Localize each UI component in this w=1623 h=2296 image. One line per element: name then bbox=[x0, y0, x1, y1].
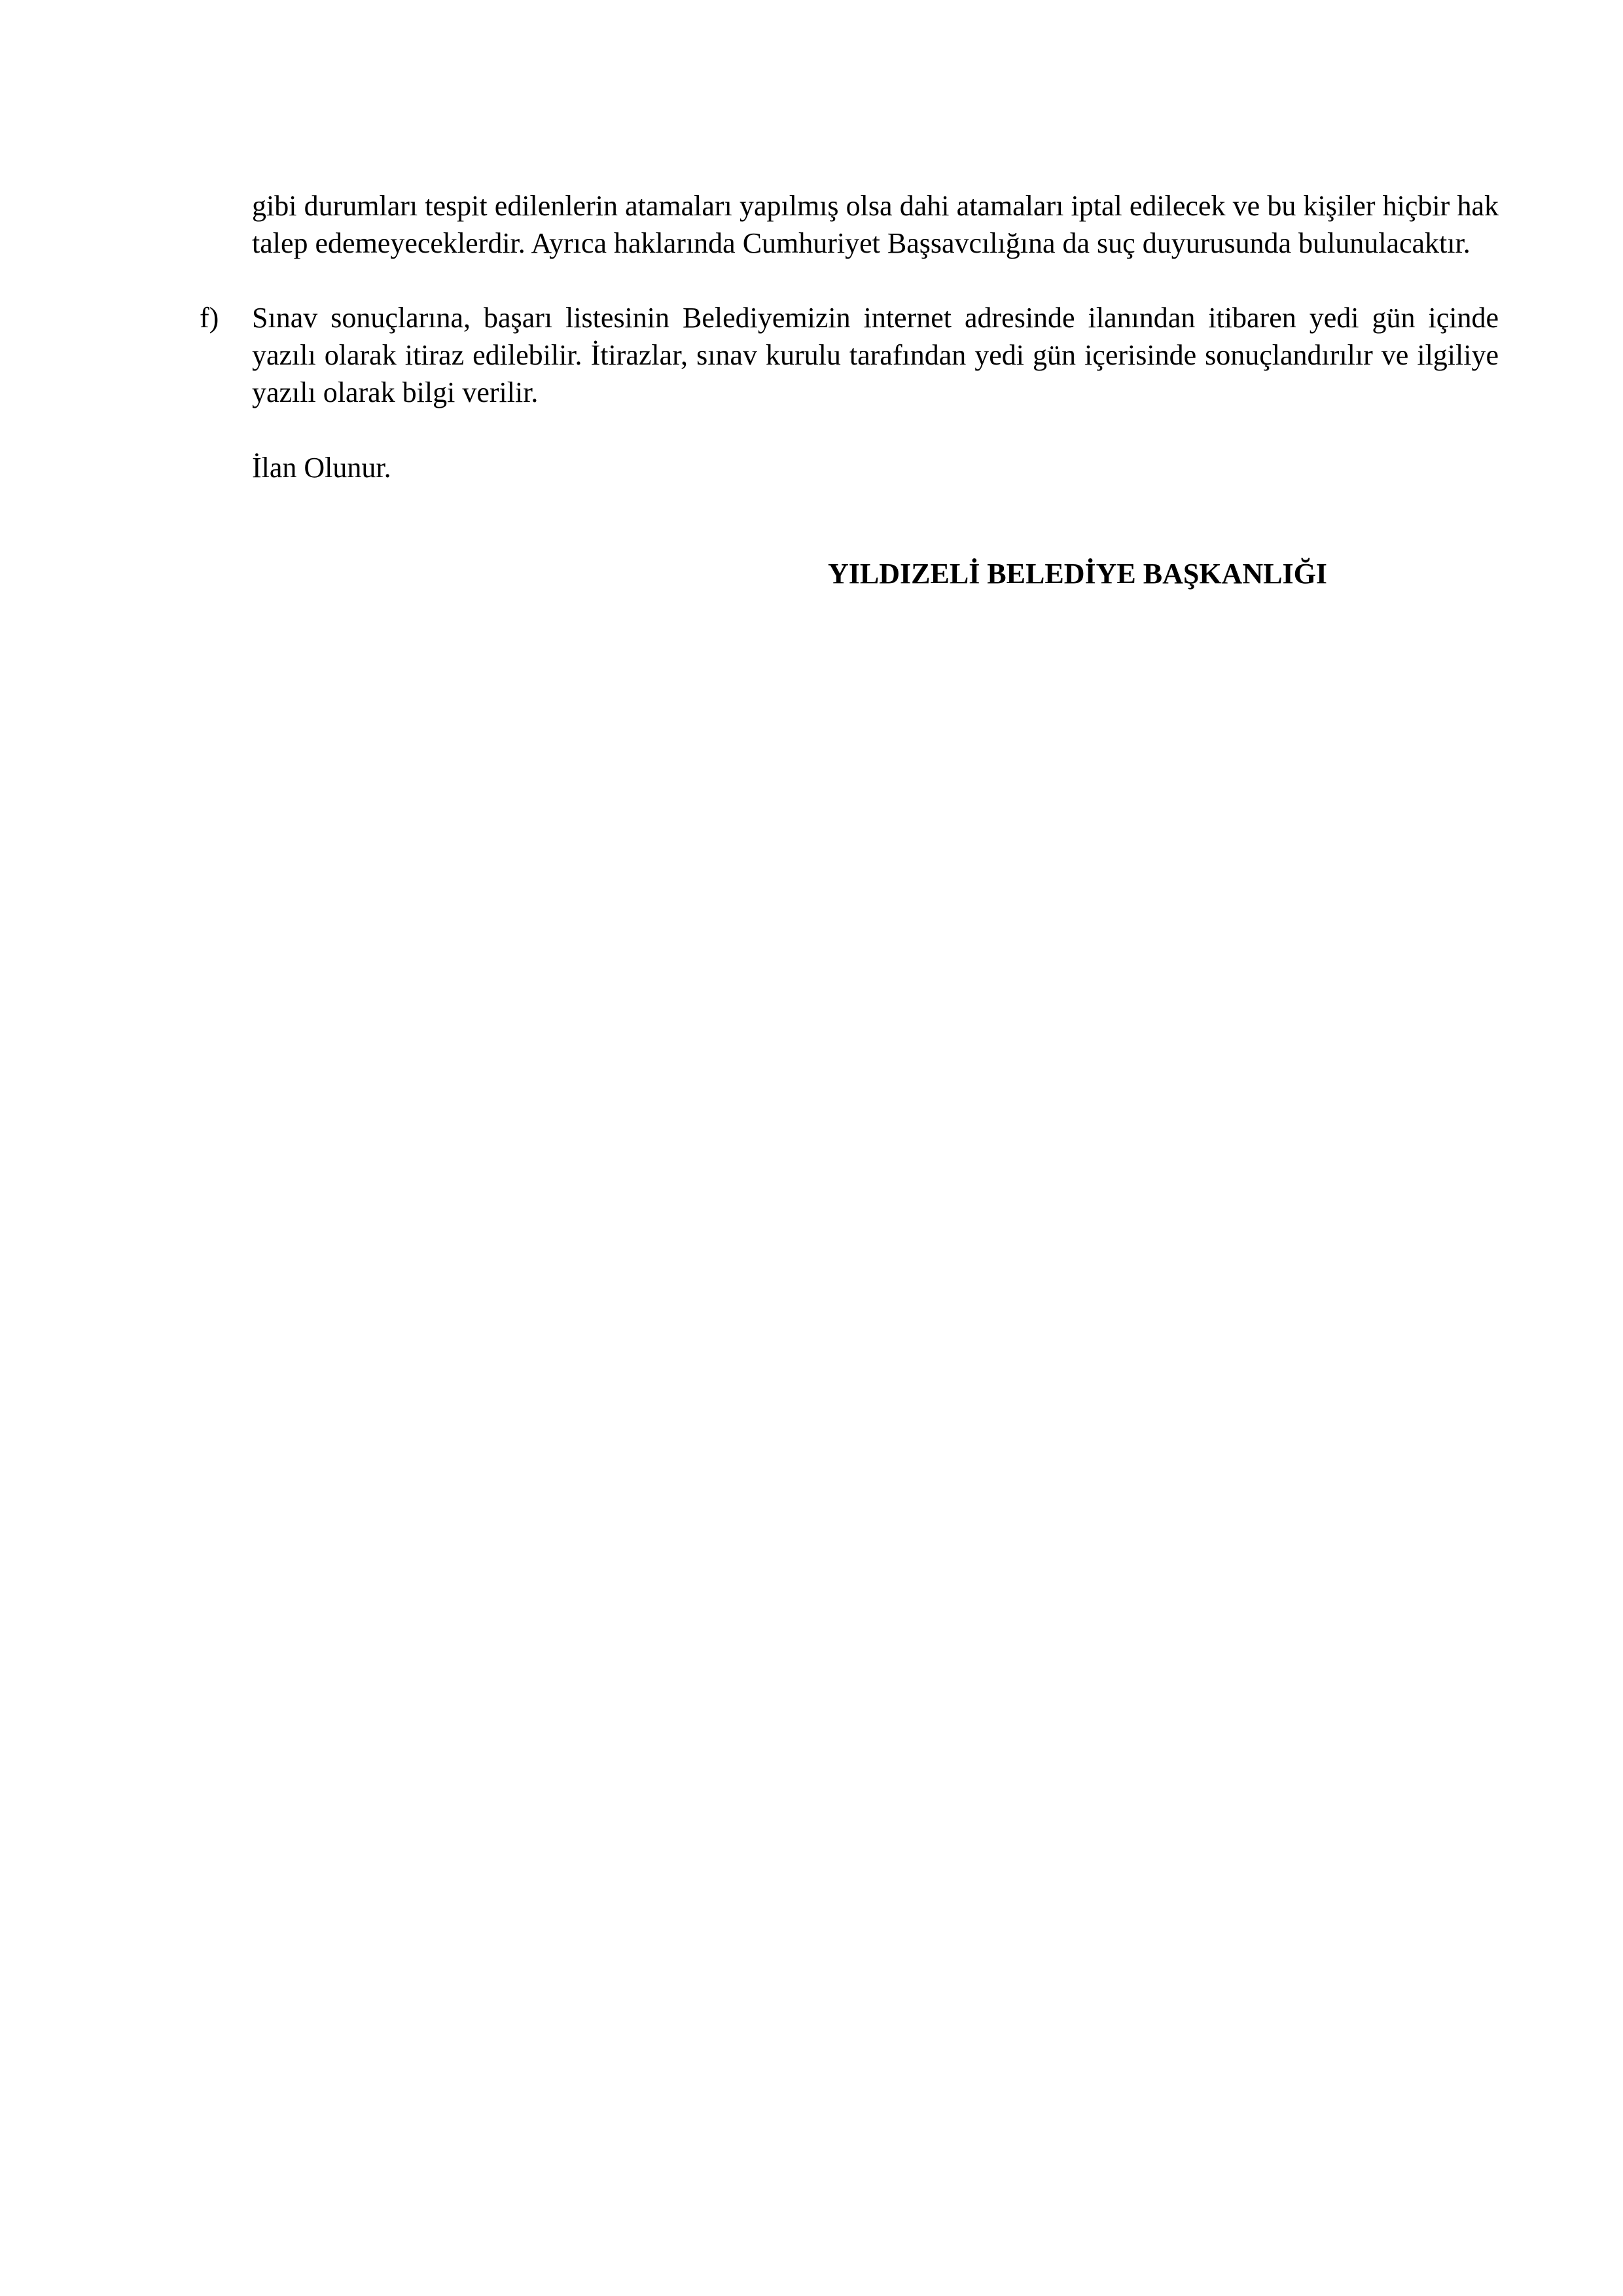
signature-authority: YILDIZELİ BELEDİYE BAŞKANLIĞI bbox=[828, 555, 1327, 592]
list-item-text: Sınav sonuçlarına, başarı listesinin Bel… bbox=[252, 299, 1499, 411]
list-marker: f) bbox=[200, 299, 219, 336]
document-page: gibi durumları tespit edilenlerin atamal… bbox=[0, 0, 1623, 2296]
continuation-paragraph: gibi durumları tespit edilenlerin atamal… bbox=[252, 187, 1499, 262]
closing-statement: İlan Olunur. bbox=[252, 449, 391, 486]
